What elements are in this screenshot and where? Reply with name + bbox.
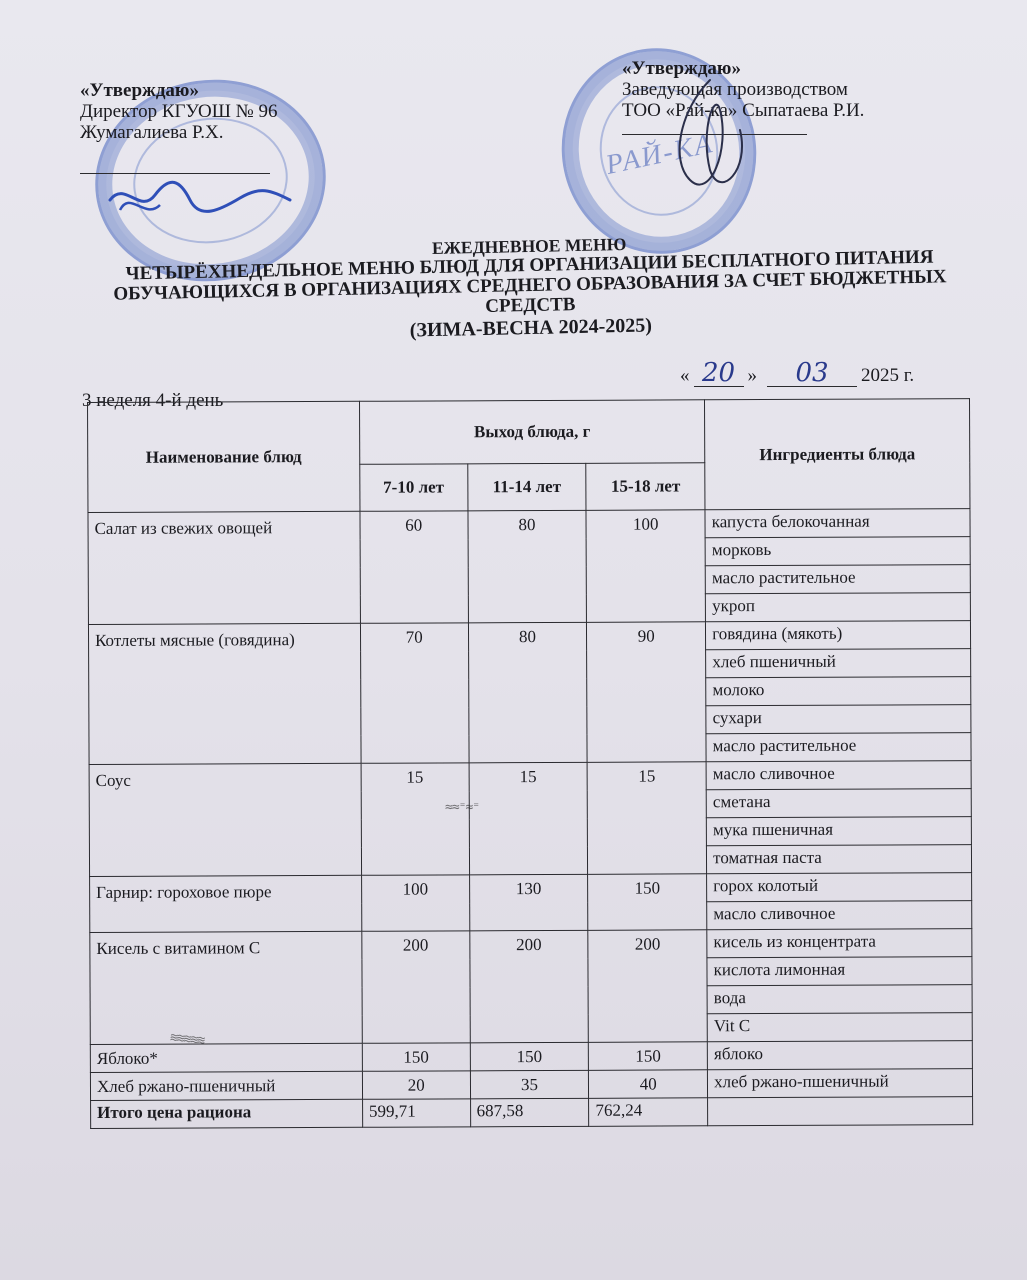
date-month: 03 (767, 360, 857, 387)
dish-name-cell: Гарнир: гороховое пюре (90, 875, 362, 932)
ingredient: горох колотый (707, 873, 972, 902)
ingredient: сметана (706, 789, 971, 818)
menu-table-body: Салат из свежих овощей6080100капуста бел… (88, 509, 973, 1129)
total-11-14: 687,58 (470, 1098, 589, 1127)
document-title: ЕЖЕДНЕВНОЕ МЕНЮ ЧЕТЫРЁХНЕДЕЛЬНОЕ МЕНЮ БЛ… (99, 227, 961, 347)
approval-block-director: «Утверждаю» Директор КГУОШ № 96 Жумагали… (80, 80, 340, 174)
ingredient: укроп (705, 593, 970, 622)
date-close-quote: » (748, 365, 758, 387)
ingredient: томатная паста (707, 845, 972, 874)
yield-7-10-cell: 200 (362, 931, 470, 1043)
ingredient: капуста белокочанная (705, 509, 970, 538)
approval-block-production: «Утверждаю» Заведующая производством ТОО… (622, 58, 942, 135)
ingredient: молоко (706, 677, 971, 706)
yield-15-18: 40 (595, 1072, 701, 1096)
ingredient: масло сливочное (706, 761, 971, 790)
ingredient: хлеб пшеничный (706, 649, 971, 678)
dish-row: Хлеб ржано-пшеничный203540хлеб ржано-пше… (90, 1069, 972, 1101)
header-age-11-14: 11-14 лет (467, 463, 586, 511)
yield-7-10-cell: 150 (362, 1043, 470, 1071)
dish-row: Салат из свежих овощей6080100капуста бел… (88, 509, 970, 541)
yield-11-14: 15 (475, 763, 581, 789)
approval-header: «Утверждаю» (622, 58, 942, 79)
menu-document: РАЙ-КА «Утверждаю» Директор КГУОШ № 96 Ж… (0, 0, 1027, 1280)
date-day: 20 (694, 360, 744, 387)
yield-15-18: 90 (593, 622, 699, 648)
ingredient: масло сливочное (707, 901, 972, 930)
ingredient: хлеб ржано-пшеничный (708, 1069, 973, 1098)
yield-7-10: 200 (368, 931, 463, 957)
dish-name: Салат из свежих овощей (94, 512, 353, 541)
yield-7-10-cell: 100 (361, 875, 469, 931)
yield-7-10: 60 (366, 511, 461, 537)
total-row: Итого цена рациона599,71687,58762,24 (91, 1097, 973, 1129)
dish-row: Яблоко*150150150яблоко (90, 1041, 972, 1073)
yield-7-10: 100 (368, 875, 463, 901)
document-date: « 20 » 03 2025 г. (680, 360, 914, 387)
yield-11-14: 80 (474, 511, 580, 537)
dish-name-cell: Салат из свежих овощей (88, 511, 360, 624)
ingredient: сухари (706, 705, 971, 734)
dish-name: Кисель с витамином С (96, 932, 355, 961)
header-dish-name: Наименование блюд (88, 401, 360, 512)
yield-11-14: 150 (476, 1044, 582, 1068)
yield-15-18-cell: 200 (588, 930, 707, 1043)
signature-director-icon (100, 170, 300, 230)
approver-position: Директор КГУОШ № 96 (80, 101, 340, 122)
yield-7-10: 15 (367, 763, 462, 789)
dish-row: Котлеты мясные (говядина)708090говядина … (88, 621, 970, 653)
menu-table: Наименование блюд Выход блюда, г Ингреди… (87, 398, 973, 1129)
yield-15-18-cell: 15 (587, 762, 706, 875)
total-15-18: 762,24 (589, 1098, 708, 1127)
dish-name-cell: Соус (89, 763, 361, 876)
yield-11-14: 35 (476, 1072, 582, 1096)
approver-position: Заведующая производством (622, 79, 942, 100)
yield-15-18-cell: 40 (589, 1070, 708, 1099)
yield-15-18: 100 (593, 510, 699, 536)
signature-line (622, 134, 807, 135)
ingredient: яблоко (707, 1041, 972, 1070)
date-year: 2025 г. (861, 365, 914, 387)
ingredient: морковь (705, 537, 970, 566)
yield-7-10-cell: 15 (361, 763, 469, 875)
yield-11-14-cell: 130 (469, 874, 588, 931)
header-age-15-18: 15-18 лет (586, 463, 705, 511)
dish-name-cell: Яблоко* (90, 1043, 362, 1072)
signature-line (80, 173, 270, 174)
yield-15-18: 200 (595, 930, 701, 956)
dish-name: Соус (96, 764, 355, 793)
yield-15-18-cell: 150 (589, 1042, 708, 1071)
ingredient: вода (707, 985, 972, 1014)
yield-15-18: 150 (594, 874, 700, 900)
dish-row: Гарнир: гороховое пюре100130150горох кол… (90, 873, 972, 905)
approver-name: Жумагалиева Р.Х. (80, 122, 340, 143)
yield-11-14: 200 (476, 931, 582, 957)
ingredient: кислота лимонная (707, 957, 972, 986)
yield-11-14-cell: 200 (469, 930, 588, 1043)
yield-11-14-cell: 80 (468, 510, 587, 623)
yield-11-14-cell: 80 (468, 622, 587, 763)
yield-15-18: 15 (594, 762, 700, 788)
yield-15-18-cell: 90 (587, 622, 706, 763)
yield-15-18-cell: 100 (586, 510, 705, 623)
header-output: Выход блюда, г (359, 400, 705, 465)
dish-name: Котлеты мясные (говядина) (95, 624, 354, 653)
ingredient: кисель из концентрата (707, 929, 972, 958)
dish-row: Кисель с витамином С200200200кисель из к… (90, 929, 972, 961)
yield-7-10: 70 (367, 623, 462, 649)
yield-11-14: 130 (476, 875, 582, 901)
ingredient: Vit C (707, 1013, 972, 1042)
total-ingredients (708, 1097, 973, 1126)
ingredient: масло растительное (705, 565, 970, 594)
yield-7-10-cell: 20 (362, 1071, 470, 1099)
approval-header: «Утверждаю» (80, 80, 340, 101)
total-7-10: 599,71 (362, 1099, 470, 1127)
header-age-7-10: 7-10 лет (360, 464, 468, 511)
dish-name: Яблоко* (97, 1045, 356, 1070)
approver-name: ТОО «Рай-ка» Сыпатаева Р.И. (622, 100, 942, 121)
yield-15-18: 150 (595, 1044, 701, 1068)
date-open-quote: « (680, 365, 690, 387)
dish-name-cell: Кисель с витамином С (90, 931, 362, 1044)
yield-7-10-cell: 70 (360, 623, 468, 763)
ingredient: говядина (мякоть) (706, 621, 971, 650)
ingredient: мука пшеничная (706, 817, 971, 846)
yield-11-14-cell: 150 (470, 1042, 589, 1071)
yield-7-10: 20 (369, 1073, 464, 1097)
yield-7-10-cell: 60 (360, 511, 468, 623)
header-ingredients: Ингредиенты блюда (705, 399, 970, 510)
yield-11-14-cell: 15 (469, 762, 588, 875)
total-label: Итого цена рациона (91, 1099, 363, 1128)
dish-row: Соус151515масло сливочное (89, 761, 971, 793)
yield-11-14-cell: 35 (470, 1070, 589, 1099)
dish-name: Гарнир: гороховое пюре (96, 876, 355, 905)
dish-name-cell: Котлеты мясные (говядина) (88, 623, 360, 764)
dish-name-cell: Хлеб ржано-пшеничный (90, 1071, 362, 1100)
yield-15-18-cell: 150 (588, 874, 707, 931)
dish-name: Хлеб ржано-пшеничный (97, 1073, 356, 1098)
yield-11-14: 80 (475, 623, 581, 649)
ingredient: масло растительное (706, 733, 971, 762)
yield-7-10: 150 (369, 1045, 464, 1069)
